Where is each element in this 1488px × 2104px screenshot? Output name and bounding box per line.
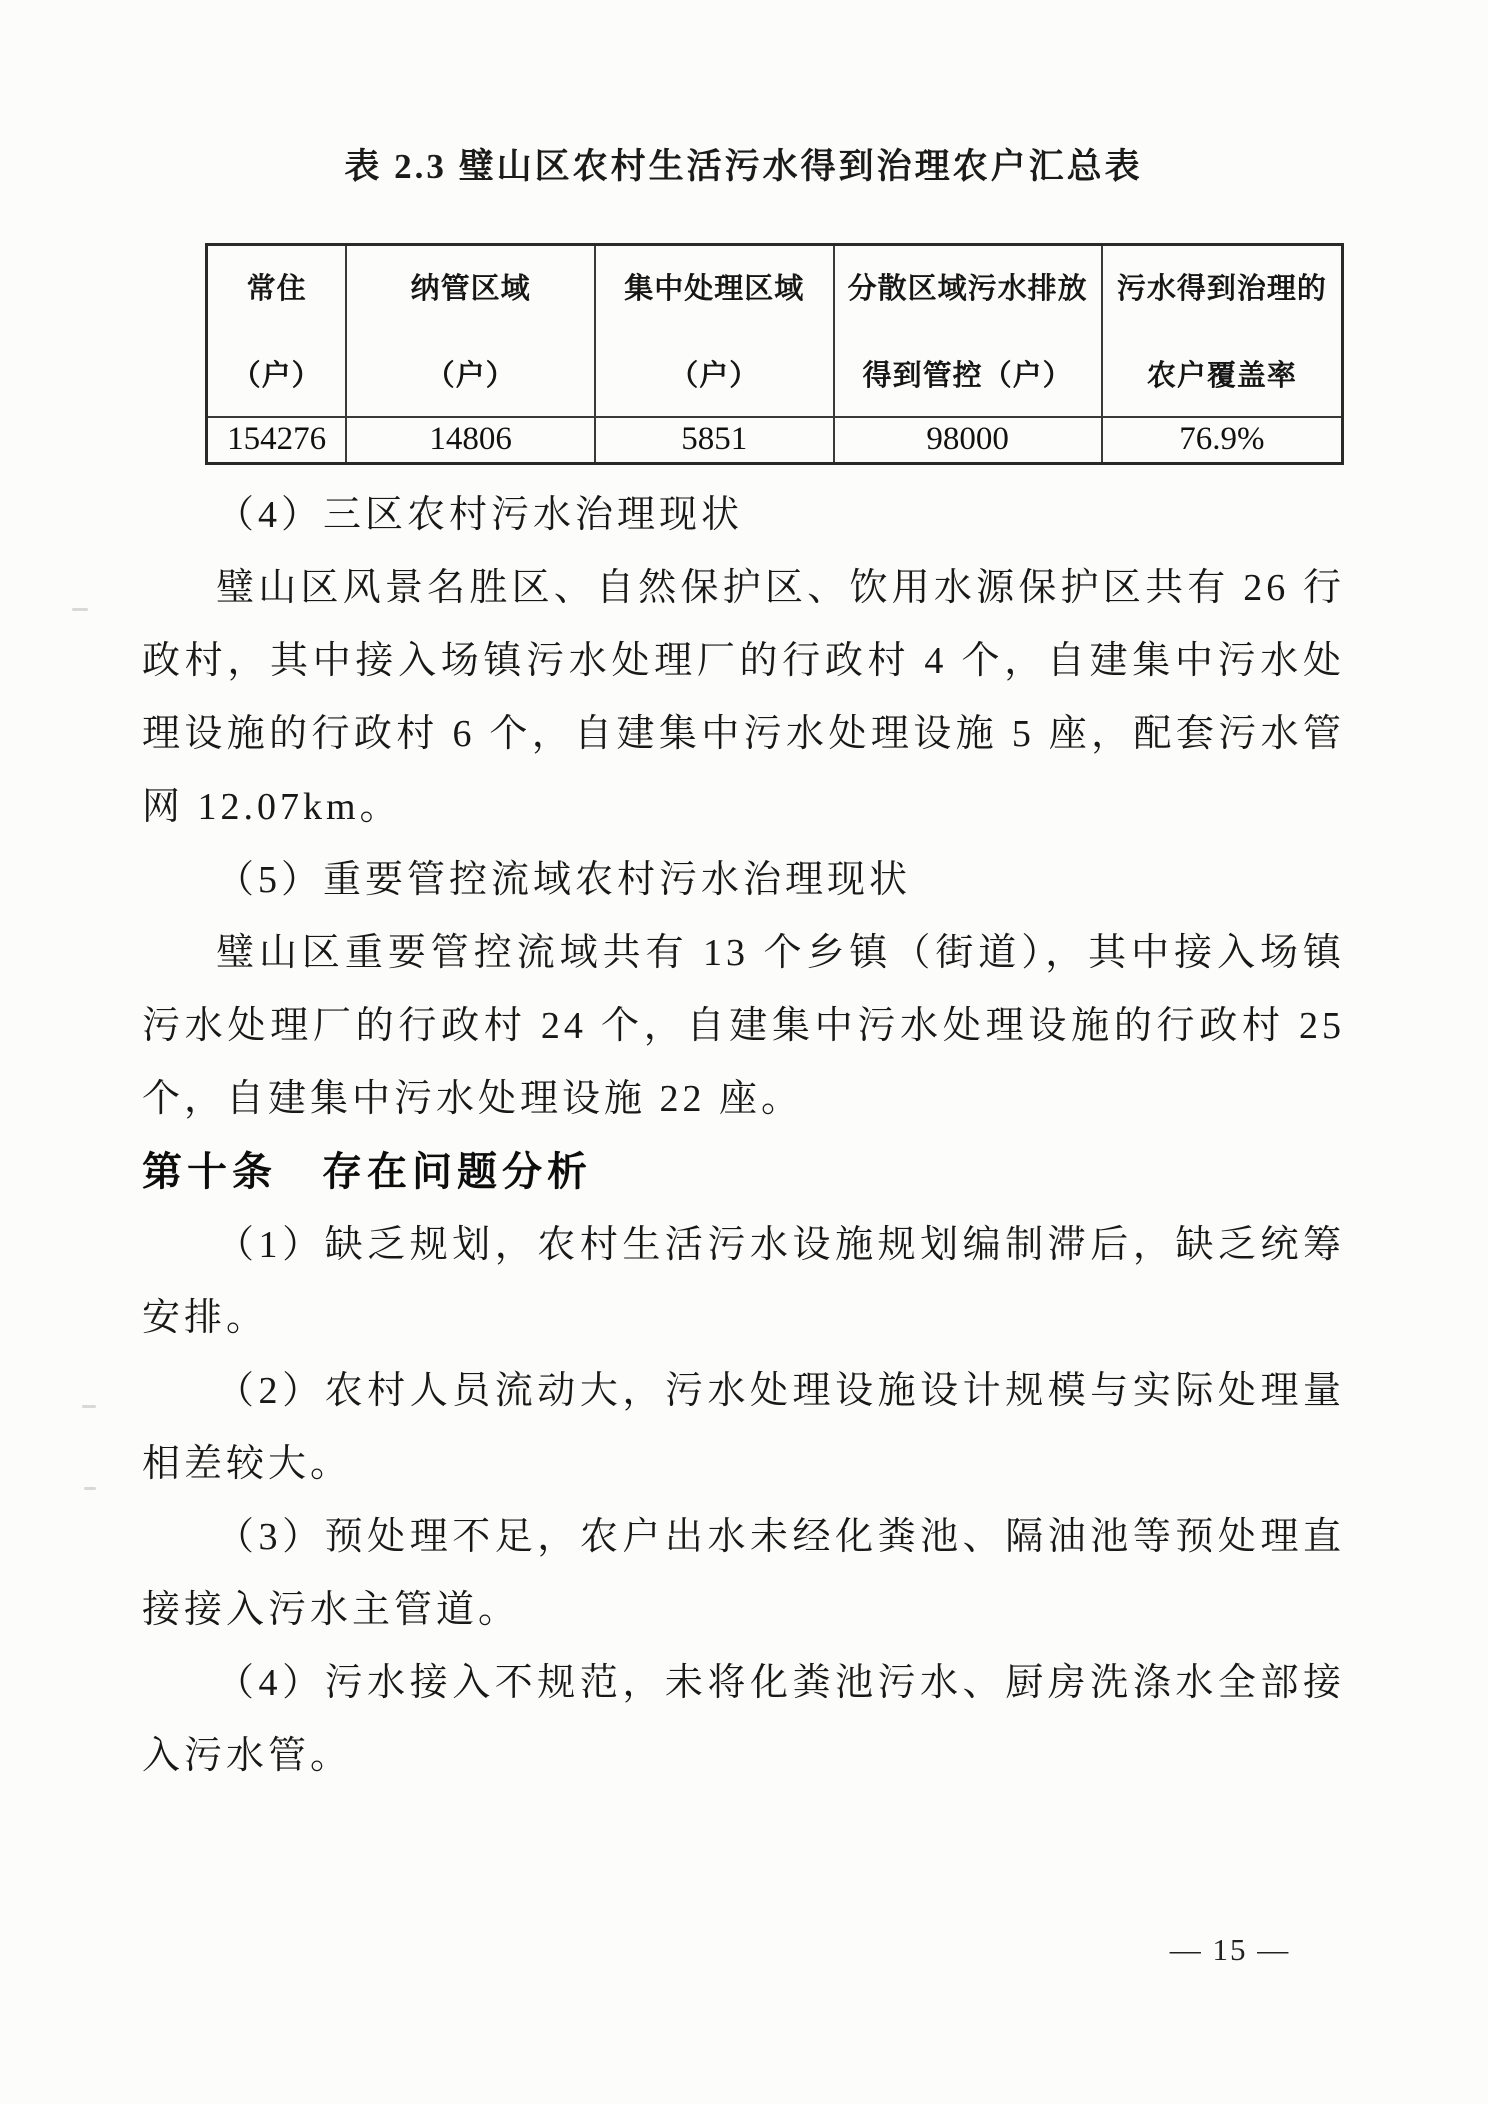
header-cell-coverage-rate: 污水得到治理的 农户覆盖率 bbox=[1102, 245, 1343, 418]
header-line2: （户） bbox=[426, 353, 516, 394]
header-cell-dispersed-controlled: 分散区域污水排放 得到管控（户） bbox=[834, 245, 1102, 418]
header-cell-resident: 常住 （户） bbox=[207, 245, 347, 418]
document-page: 表 2.3 璧山区农村生活污水得到治理农户汇总表 常住 （户） bbox=[0, 0, 1488, 2104]
treated-households-summary-table: 常住 （户） 纳管区域 （户） 集中处理区域 （户） bbox=[205, 243, 1344, 465]
header-line2: （户） bbox=[669, 353, 759, 394]
header-line1: 分散区域污水排放 bbox=[848, 266, 1088, 307]
paragraph-problem-4: （4）污水接入不规范，未将化粪池污水、厨房洗涤水全部接入污水管。 bbox=[142, 1647, 1345, 1793]
header-cell-piped-area: 纳管区域 （户） bbox=[346, 245, 595, 418]
header-line2: （户） bbox=[232, 353, 322, 394]
header-line2: 得到管控（户） bbox=[863, 353, 1073, 394]
paragraph-problem-3: （3）预处理不足，农户出水未经化粪池、隔油池等预处理直接接入污水主管道。 bbox=[142, 1501, 1345, 1647]
cell-coverage-rate-value: 76.9% bbox=[1102, 417, 1343, 463]
body-text: （4）三区农村污水治理现状 璧山区风景名胜区、自然保护区、饮用水源保护区共有 2… bbox=[142, 479, 1345, 1793]
header-line1: 污水得到治理的 bbox=[1117, 266, 1327, 307]
cell-centralized-area-value: 5851 bbox=[595, 417, 834, 463]
page-number: — 15 — bbox=[1105, 1932, 1355, 1968]
scan-speck bbox=[72, 608, 88, 611]
header-line1: 集中处理区域 bbox=[624, 266, 804, 307]
scan-speck bbox=[82, 1405, 96, 1408]
scan-speck bbox=[84, 1487, 96, 1490]
table-header-row: 常住 （户） 纳管区域 （户） 集中处理区域 （户） bbox=[207, 245, 1343, 418]
cell-resident-value: 154276 bbox=[207, 417, 347, 463]
header-line2: 农户覆盖率 bbox=[1147, 353, 1297, 394]
table-data-row: 154276 14806 5851 98000 76.9% bbox=[207, 417, 1343, 463]
table-header: 常住 （户） 纳管区域 （户） 集中处理区域 （户） bbox=[207, 245, 1343, 418]
paragraph-problem-1: （1）缺乏规划，农村生活污水设施规划编制滞后，缺乏统筹安排。 bbox=[142, 1209, 1345, 1355]
page-content: 表 2.3 璧山区农村生活污水得到治理农户汇总表 常住 （户） bbox=[142, 145, 1345, 1793]
paragraph-item-4: （4）三区农村污水治理现状 bbox=[142, 479, 1345, 552]
paragraph-three-zones-status: 璧山区风景名胜区、自然保护区、饮用水源保护区共有 26 行政村，其中接入场镇污水… bbox=[142, 552, 1345, 844]
paragraph-key-basins-status: 璧山区重要管控流域共有 13 个乡镇（街道），其中接入场镇污水处理厂的行政村 2… bbox=[142, 917, 1345, 1136]
cell-piped-area-value: 14806 bbox=[346, 417, 595, 463]
table-title: 表 2.3 璧山区农村生活污水得到治理农户汇总表 bbox=[142, 145, 1345, 189]
table-body: 154276 14806 5851 98000 76.9% bbox=[207, 417, 1343, 463]
header-cell-centralized-area: 集中处理区域 （户） bbox=[595, 245, 834, 418]
section-heading-article-10: 第十条 存在问题分析 bbox=[142, 1136, 1345, 1209]
paragraph-item-5: （5）重要管控流域农村污水治理现状 bbox=[142, 844, 1345, 917]
header-line1: 纳管区域 bbox=[411, 266, 531, 307]
cell-dispersed-controlled-value: 98000 bbox=[834, 417, 1102, 463]
paragraph-problem-2: （2）农村人员流动大，污水处理设施设计规模与实际处理量相差较大。 bbox=[142, 1355, 1345, 1501]
header-line1: 常住 bbox=[247, 266, 307, 307]
